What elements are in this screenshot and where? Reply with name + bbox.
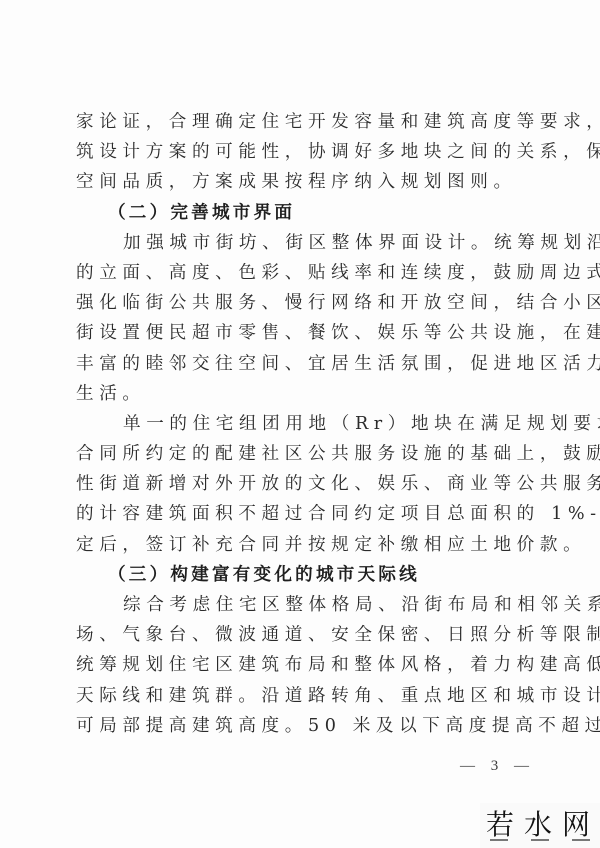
paragraph-line: 强化临街公共服务、慢行网络和开放空间，结合小区出入口或沿 bbox=[76, 288, 526, 318]
paragraph-line: 合同所约定的配建社区公共服务设施的基础上，鼓励沿城市生活 bbox=[76, 439, 526, 469]
paragraph-line: 筑设计方案的可能性，协调好多地块之间的关系，保障区域整体 bbox=[76, 137, 526, 167]
paragraph-line: 家论证，合理确定住宅开发容量和建筑高度等要求，预留多种建 bbox=[76, 107, 526, 137]
section-heading-3: （三）构建富有变化的城市天际线 bbox=[76, 560, 526, 590]
watermark-text: 若水网 bbox=[486, 803, 600, 843]
section-heading-2: （二）完善城市界面 bbox=[76, 198, 526, 228]
paragraph-line: 天际线和建筑群。沿道路转角、重点地区和城市设计重要节点， bbox=[76, 681, 526, 711]
paragraph-line: 的立面、高度、色彩、贴线率和连续度，鼓励周边式建筑布局； bbox=[76, 258, 526, 288]
body-text: 家论证，合理确定住宅开发容量和建筑高度等要求，预留多种建 筑设计方案的可能性，协… bbox=[76, 107, 526, 741]
paragraph-line: 定后，签订补充合同并按规定补缴相应土地价款。 bbox=[76, 530, 526, 560]
paragraph-line: 场、气象台、微波通道、安全保密、日照分析等限制的情况下， bbox=[76, 620, 526, 650]
paragraph-line: 单一的住宅组团用地（Rr）地块在满足规划要求和土地出让 bbox=[76, 409, 526, 439]
paragraph-line: 加强城市街坊、街区整体界面设计。统筹规划沿街住宅建筑 bbox=[76, 228, 526, 258]
watermark-logo: 若水网 bbox=[480, 803, 600, 848]
document-page: 家论证，合理确定住宅开发容量和建筑高度等要求，预留多种建 筑设计方案的可能性，协… bbox=[0, 0, 600, 848]
page-number: — 3 — bbox=[460, 758, 535, 775]
paragraph-line: 可局部提高建筑高度。50 米及以下高度提高不超过 7 米，50 米 bbox=[76, 711, 526, 741]
paragraph-line: 的计容建筑面积不超过合同约定项目总面积的 1%-3%，经评估审 bbox=[76, 499, 526, 529]
paragraph-line: 综合考虑住宅区整体格局、沿街布局和相邻关系，在符合机 bbox=[76, 590, 526, 620]
paragraph-line: 空间品质，方案成果按程序纳入规划图则。 bbox=[76, 167, 526, 197]
paragraph-line: 生活。 bbox=[76, 379, 526, 409]
paragraph-line: 性街道新增对外开放的文化、娱乐、商业等公共服务设施。增加 bbox=[76, 469, 526, 499]
paragraph-line: 统筹规划住宅区建筑布局和整体风格，着力构建高低错落的城市 bbox=[76, 650, 526, 680]
paragraph-line: 街设置便民超市零售、餐饮、娱乐等公共设施，在建筑前区形成 bbox=[76, 318, 526, 348]
watermark-subtext-decoration bbox=[490, 839, 590, 841]
paragraph-line: 丰富的睦邻交往空间、宜居生活氛围，促进地区活力、方便日常 bbox=[76, 349, 526, 379]
